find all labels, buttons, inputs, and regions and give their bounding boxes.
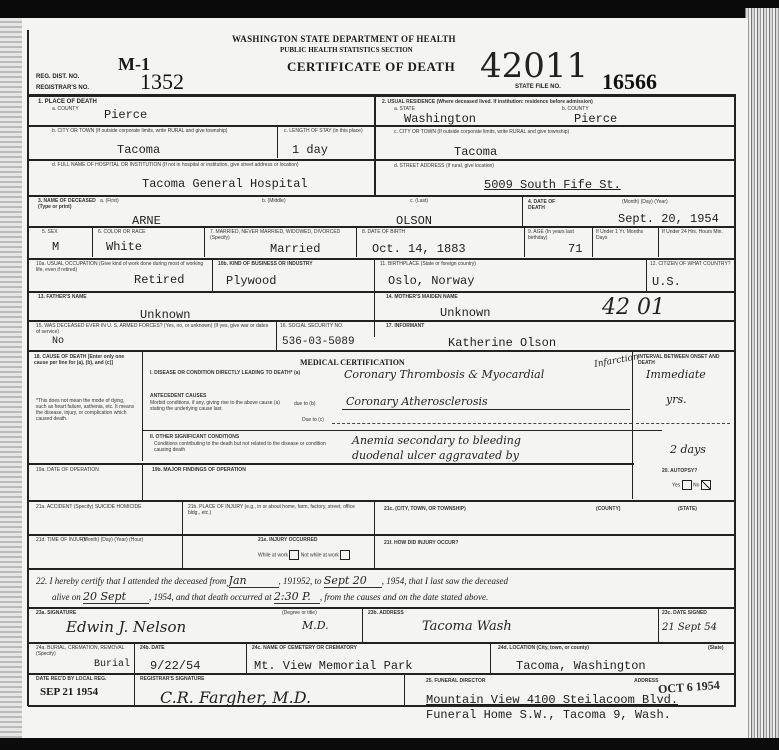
- date-of-birth: Oct. 14, 1883: [372, 242, 466, 256]
- registrars-no-value: 1352: [140, 69, 184, 95]
- hospital-name: Tacoma General Hospital: [142, 177, 308, 191]
- header-rule: [27, 94, 736, 97]
- first-name-label: a. (First): [100, 198, 119, 204]
- mother-name: Unknown: [440, 306, 490, 320]
- armed-forces: No: [52, 336, 64, 347]
- residence-city-label: c. CITY OR TOWN (If outside corporate li…: [394, 129, 724, 135]
- operation-findings-label: 19b. MAJOR FINDINGS OF OPERATION: [152, 467, 246, 473]
- burial-state-label: (State): [708, 645, 724, 651]
- rule: [212, 259, 213, 291]
- registrar-signature-label: REGISTRAR'S SIGNATURE: [140, 676, 204, 682]
- rule: [356, 227, 357, 257]
- death-county: Pierce: [104, 108, 147, 122]
- rule: [246, 643, 247, 673]
- other-conditions-line2: duodenal ulcer aggravated by: [352, 449, 519, 462]
- under-24-hours-label: If Under 24 Hrs. Hours Min.: [662, 229, 732, 235]
- funeral-director-label: 25. FUNERAL DIRECTOR: [426, 678, 486, 684]
- state-file-value: 16566: [602, 69, 657, 95]
- marital-status: Married: [270, 242, 320, 256]
- industry: Plywood: [226, 274, 276, 288]
- section-title: PUBLIC HEALTH STATISTICS SECTION: [280, 46, 413, 54]
- dob-label: 8. DATE OF BIRTH: [362, 229, 405, 235]
- county-label: a. COUNTY: [52, 106, 79, 112]
- rule: [28, 226, 736, 228]
- while-at-work-checkbox[interactable]: [289, 550, 299, 560]
- rule: [342, 409, 630, 410]
- degree-label: (Degree or title): [282, 610, 317, 616]
- injury-place-label: 21b. PLACE OF INJURY (e.g., in or about …: [188, 504, 368, 516]
- interval-label: INTERVAL BETWEEN ONSET AND DEATH: [638, 354, 732, 366]
- rule: [362, 608, 363, 642]
- attended-from: Jan: [229, 574, 279, 588]
- handwritten-file-number: 42011: [480, 46, 588, 86]
- rule: [92, 227, 93, 257]
- rule: [658, 608, 659, 642]
- usual-residence-label: 2. USUAL RESIDENCE (Where deceased lived…: [382, 99, 732, 105]
- reg-dist-label: REG. DIST. NO.: [36, 74, 79, 81]
- birthplace-label: 11. BIRTHPLACE (State or foreign country…: [380, 261, 476, 267]
- burial-location-label: 24d. LOCATION (City, town, or county): [498, 645, 589, 651]
- physician-address: Tacoma Wash: [422, 619, 512, 634]
- cert-text: alive on: [52, 592, 81, 602]
- residence-state: Washington: [404, 112, 476, 126]
- cert-text: , from the causes and on the date stated…: [320, 592, 488, 602]
- date-columns: (Month) (Day) (Year): [622, 199, 668, 205]
- rule: [332, 423, 632, 424]
- citizenship: U.S.: [652, 275, 681, 289]
- father-label: 13. FATHER'S NAME: [38, 294, 87, 300]
- rule: [490, 643, 491, 673]
- rule: [658, 227, 659, 257]
- cause-b: Coronary Atherosclerosis: [346, 395, 488, 408]
- citizen-label: 12. CITIZEN OF WHAT COUNTRY?: [650, 261, 732, 267]
- date-signed-label: 23c. DATE SIGNED: [662, 610, 707, 616]
- due-to-c-label: Due to (c): [302, 417, 324, 423]
- rule: [28, 320, 736, 322]
- street-address: 5009 South Fife St.: [484, 178, 621, 192]
- informant: Katherine Olson: [448, 336, 556, 350]
- rule: [28, 159, 736, 161]
- rule: [28, 463, 634, 465]
- cemetery-label: 24c. NAME OF CEMETERY OR CREMATORY: [252, 645, 357, 651]
- frame-left: [27, 30, 29, 706]
- physician-address-label: 23b. ADDRESS: [368, 610, 404, 616]
- attended-to-year: , 1954: [382, 576, 405, 586]
- scan-right-edge: [745, 8, 779, 743]
- death-city-label: b. CITY OR TOWN (If outside corporate li…: [52, 128, 252, 134]
- rule: [524, 227, 525, 257]
- autopsy-no-label: No: [693, 482, 699, 488]
- occupation-label: 10a. USUAL OCCUPATION (Give kind of work…: [36, 261, 208, 273]
- rule: [592, 227, 593, 257]
- rule: [276, 321, 277, 351]
- rule: [277, 126, 278, 158]
- scan-left-edge: [0, 18, 24, 738]
- rule: [28, 195, 736, 197]
- rule: [636, 423, 730, 424]
- middle-name-label: b. (Middle): [262, 198, 286, 204]
- rule: [28, 705, 736, 707]
- not-while-at-work-checkbox[interactable]: [340, 550, 350, 560]
- certificate-title: CERTIFICATE OF DEATH: [287, 59, 455, 75]
- part1-label: I. DISEASE OR CONDITION DIRECTLY LEADING…: [150, 370, 340, 376]
- rule: [374, 259, 375, 337]
- sex: M: [52, 240, 59, 254]
- injury-state-label: (STATE): [678, 506, 697, 512]
- burial-date: 9/22/54: [150, 659, 200, 673]
- interval-a: Immediate: [646, 368, 706, 381]
- under-1-year-label: If Under 1 Yr. Months Days: [596, 229, 654, 241]
- informant-label: 17. INFORMANT: [386, 323, 424, 329]
- injury-time-columns: (Month) (Day) (Year) (Hour): [82, 537, 143, 543]
- cause-a: Coronary Thrombosis & Myocardial: [344, 368, 544, 381]
- rule: [142, 430, 662, 431]
- injury-county-label: (COUNTY): [596, 506, 620, 512]
- age-label: 9. AGE (In years last birthday): [528, 229, 588, 241]
- burial-date-label: 24b. DATE: [140, 645, 165, 651]
- attended-from-year: 1952: [292, 576, 310, 586]
- certification-line-2: alive on 20 Sept, 1954, and that death o…: [52, 590, 488, 604]
- interval-b: yrs.: [666, 393, 687, 406]
- residence-city: Tacoma: [454, 145, 497, 159]
- ssn-label: 16. SOCIAL SECURITY NO.: [280, 323, 370, 329]
- mother-label: 14. MOTHER'S MAIDEN NAME: [386, 294, 458, 300]
- race-label: 6. COLOR OR RACE: [98, 229, 146, 235]
- occupation: Retired: [134, 273, 184, 287]
- cause-of-death-label: 18. CAUSE OF DEATH [Enter only one cause…: [34, 354, 138, 366]
- rule: [522, 196, 523, 226]
- frame-right: [734, 94, 736, 706]
- col-divider: [374, 96, 376, 196]
- other-conditions-line1: Anemia secondary to bleeding: [352, 434, 521, 447]
- autopsy-yes-checkbox[interactable]: [682, 480, 692, 490]
- place-of-death-label: 1. PLACE OF DEATH: [38, 99, 97, 106]
- department-title: WASHINGTON STATE DEPARTMENT OF HEALTH: [232, 34, 456, 44]
- autopsy-options: Yes No: [672, 480, 711, 490]
- autopsy-yes-label: Yes: [672, 482, 680, 488]
- funeral-director-line2: Funeral Home S.W., Tacoma 9, Wash.: [426, 708, 671, 722]
- birthplace: Oslo, Norway: [388, 274, 474, 288]
- antecedent-note: Morbid conditions, if any, giving rise t…: [150, 400, 290, 412]
- rule: [404, 674, 405, 706]
- certification-line-1: 22. I hereby certify that I attended the…: [36, 574, 508, 588]
- part2-label: II. OTHER SIGNIFICANT CONDITIONS: [150, 434, 239, 440]
- operation-date-label: 19a. DATE OF OPERATION: [36, 467, 136, 473]
- handwritten-number-mother: 42 01: [602, 295, 665, 320]
- rule: [28, 500, 736, 502]
- rule: [28, 607, 736, 609]
- physician-degree: M.D.: [302, 619, 329, 632]
- social-security-number: 536-03-5089: [282, 336, 355, 348]
- death-certificate: WASHINGTON STATE DEPARTMENT OF HEALTH PU…: [22, 18, 748, 738]
- last-seen-year: , 1954: [149, 592, 172, 602]
- cert-text: , and that death occurred at: [172, 592, 272, 602]
- registrars-no-label: REGISTRAR'S NO.: [36, 85, 89, 92]
- not-while-at-work-label: Not while at work: [301, 552, 339, 558]
- rule: [28, 534, 736, 536]
- cause-note: *This does not mean the mode of dying, s…: [36, 398, 136, 422]
- race: White: [106, 240, 142, 254]
- rule: [28, 258, 736, 260]
- death-city: Tacoma: [117, 143, 160, 157]
- signature-label: 23a. SIGNATURE: [36, 610, 76, 616]
- cert-text: , that I last saw the deceased: [404, 576, 508, 586]
- rule: [142, 351, 143, 461]
- rule: [28, 350, 736, 352]
- autopsy-no-checkbox-checked[interactable]: [701, 480, 711, 490]
- residence-county: Pierce: [574, 112, 617, 126]
- burial-location: Tacoma, Washington: [516, 659, 646, 673]
- injury-city-label: 21c. (CITY, TOWN, OR TOWNSHIP): [384, 506, 466, 512]
- date-received-label: DATE REC'D BY LOCAL REG.: [36, 676, 126, 682]
- industry-label: 10b. KIND OF BUSINESS OR INDUSTRY: [218, 261, 368, 267]
- cert-text: , 19: [279, 576, 293, 586]
- medical-certification-title: MEDICAL CERTIFICATION: [300, 358, 405, 367]
- rule: [204, 227, 205, 257]
- date-of-death: Sept. 20, 1954: [618, 212, 719, 226]
- funeral-address-label: ADDRESS: [634, 678, 658, 684]
- injury-type-label: 21a. ACCIDENT (Specify) SUICIDE HOMICIDE: [36, 504, 176, 510]
- due-to-b-label: due to (b): [294, 401, 315, 407]
- rule: [28, 673, 736, 675]
- age: 71: [568, 242, 582, 256]
- scan-top-border: [0, 0, 779, 20]
- armed-forces-label: 15. WAS DECEASED EVER IN U. S. ARMED FOR…: [36, 323, 272, 335]
- date-of-death-label: 4. DATE OF DEATH: [528, 199, 568, 211]
- cert-text: 22. I hereby certify that I attended the…: [36, 576, 226, 586]
- sex-label: 5. SEX: [42, 229, 58, 235]
- length-of-stay: 1 day: [292, 143, 328, 157]
- last-seen-alive: 20 Sept: [83, 590, 149, 604]
- injury-occurred-label: 21e. INJURY OCCURRED: [258, 537, 317, 543]
- rule: [28, 125, 736, 127]
- date-received: SEP 21 1954: [40, 686, 98, 698]
- physician-signature: Edwin J. Nelson: [66, 618, 186, 636]
- burial-label: 24a. BURIAL, CREMATION, REMOVAL (Specify…: [36, 645, 136, 657]
- street-label: d. STREET ADDRESS (If rural, give locati…: [394, 163, 594, 169]
- rule: [142, 464, 143, 501]
- state-file-label: STATE FILE NO.: [515, 84, 561, 91]
- length-of-stay-label: c. LENGTH OF STAY (in this place): [284, 128, 370, 134]
- scan-bottom-border: [0, 738, 779, 750]
- autopsy-label: 20. AUTOPSY?: [662, 468, 697, 474]
- how-injury-label: 21f. HOW DID INJURY OCCUR?: [384, 540, 458, 546]
- date-signed: 21 Sept 54: [662, 622, 717, 633]
- last-name-label: c. (Last): [410, 198, 428, 204]
- cemetery-name: Mt. View Memorial Park: [254, 659, 412, 673]
- attended-to: Sept 20: [324, 574, 382, 588]
- antecedent-label: ANTECEDENT CAUSES: [150, 393, 206, 399]
- hospital-label: d. FULL NAME OF HOSPITAL OR INSTITUTION …: [52, 162, 372, 168]
- rule: [28, 568, 736, 570]
- rule: [632, 351, 633, 499]
- part2-note: Conditions contributing to the death but…: [154, 441, 344, 453]
- name-label: 3. NAME OF DECEASED (Type or print): [38, 198, 108, 210]
- interval-other: 2 days: [670, 443, 706, 456]
- time-of-death: 2:30 P.: [274, 590, 320, 604]
- rule: [28, 291, 736, 293]
- rule: [646, 259, 647, 291]
- cert-text: , to: [310, 576, 322, 586]
- injury-occurred-options: While at work Not while at work: [258, 550, 350, 560]
- burial-method: Burial: [94, 659, 130, 670]
- marital-label: 7. MARRIED, NEVER MARRIED, WIDOWED, DIVO…: [210, 229, 350, 241]
- while-at-work-label: While at work: [258, 552, 288, 558]
